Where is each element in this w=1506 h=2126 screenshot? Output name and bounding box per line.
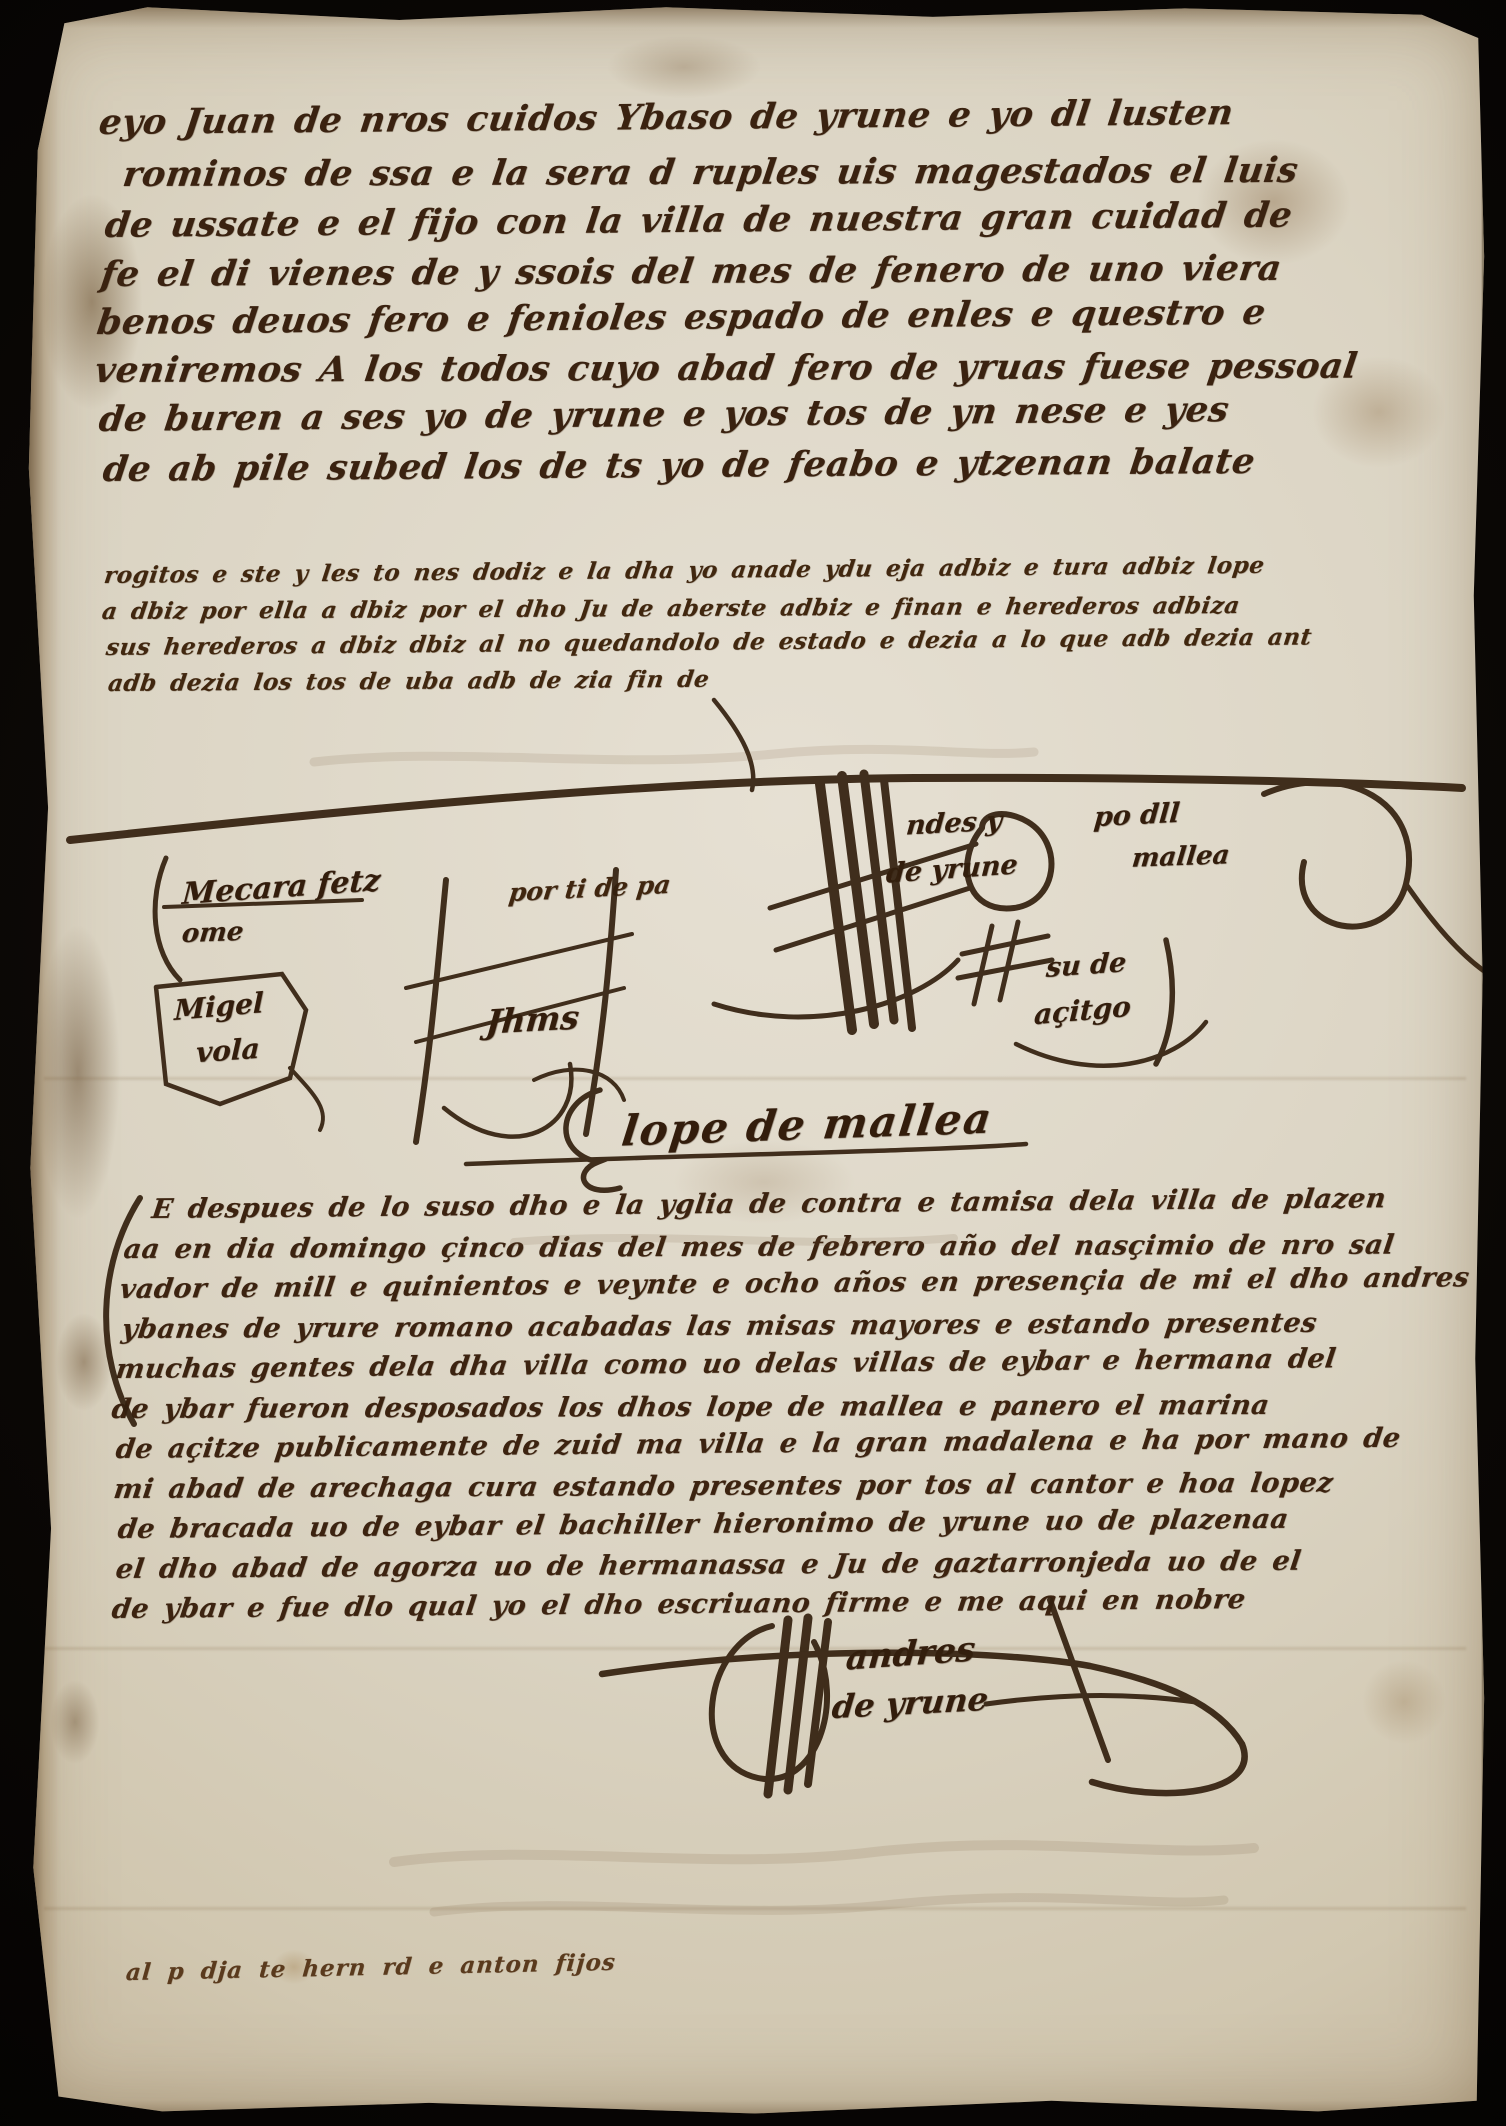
center-signature-lope-de-mallea: lope de mallea	[619, 1093, 996, 1155]
bottom-note: al p dja te hern rd e anton fijos	[125, 1949, 617, 1986]
manuscript-line-small: a dbiz por ella a dbiz por el dho Ju de …	[100, 592, 1241, 625]
signature-left-upper: Mecara fetz	[181, 863, 382, 912]
manuscript-line-lower: ybanes de yrure romano acabadas las misa…	[120, 1308, 1319, 1345]
manuscript-line-small: sus herederos a dbiz dbiz al no quedando…	[104, 623, 1313, 661]
manuscript-line-lower: mi abad de arechaga cura estando present…	[112, 1468, 1335, 1505]
page-top-edge	[14, 2, 1496, 28]
manuscript-line-lower: aa en dia domingo çinco dias del mes de …	[122, 1230, 1396, 1265]
manuscript-line: de ussate e el fijo con la villa de nues…	[103, 195, 1295, 246]
manuscript-line: veniremos A los todos cuyo abad fero de …	[92, 346, 1360, 391]
manuscript-line-lower: de ybar fueron desposados los dhos lope …	[110, 1390, 1272, 1425]
manuscript-line-small: rogitos e ste y les to nes dodiz e la dh…	[102, 552, 1266, 589]
signature-far-right: po dll	[1093, 798, 1181, 834]
signature-annotation: por ti de pa	[507, 870, 672, 908]
signature-right-lower-line2: açitgo	[1033, 990, 1131, 1032]
underlying-page-edge	[1482, 66, 1496, 2080]
bottom-signature-name-line2: de yrune	[830, 1680, 990, 1726]
manuscript-line: de ab pile subed los de ts yo de feabo e…	[101, 441, 1258, 490]
manuscript-page: eyo Juan de nros cuidos Ybaso de yrune e…	[14, 2, 1496, 2122]
manuscript-line-lower: E despues de lo suso dho e la yglia de c…	[150, 1183, 1388, 1225]
manuscript-line-lower: muchas gentes dela dha villa como uo del…	[114, 1343, 1338, 1385]
signature-right-upper-line2: de yrune	[885, 849, 1019, 889]
manuscript-line-lower: de ybar e fue dlo qual yo el dho escriua…	[110, 1584, 1248, 1625]
manuscript-line: benos deuos fero e fenioles espado de en…	[95, 292, 1269, 343]
paper-crease	[44, 1077, 1467, 1080]
manuscript-line-lower: de bracada uo de eybar el bachiller hier…	[116, 1504, 1291, 1545]
paper-crease	[44, 1647, 1467, 1650]
manuscript-line: fe el di vienes de y ssois del mes de fe…	[98, 248, 1284, 295]
torn-left-edge	[14, 2, 60, 2122]
manuscript-line-lower: el dho abad de agorza uo de hermanassa e…	[114, 1546, 1303, 1585]
stain	[1344, 1642, 1464, 1762]
manuscript-line-lower: de açitze publicamente de zuid ma villa …	[114, 1423, 1403, 1465]
manuscript-line: eyo Juan de nros cuidos Ybaso de yrune e…	[97, 92, 1237, 143]
signature-right-lower: su de	[1045, 947, 1127, 984]
manuscript-line: rominos de ssa e la sera d ruples uis ma…	[120, 150, 1300, 195]
signature-left-upper-line2: ome	[180, 917, 245, 949]
bottom-signature-name: andres	[844, 1629, 976, 1678]
manuscript-line: de buren a ses yo de yrune e yos tos de …	[97, 389, 1232, 440]
signature-far-right-line2: mallea	[1130, 840, 1231, 874]
manuscript-line-lower: vador de mill e quinientos e veynte e oc…	[118, 1262, 1471, 1305]
signature-left-lower-line2: vola	[195, 1032, 260, 1070]
signature-right-upper: ndes y	[905, 805, 1004, 841]
page-bottom-edge	[14, 2100, 1496, 2122]
manuscript-line-small: adb dezia los tos de uba adb de zia fin …	[106, 666, 711, 697]
photograph-background: eyo Juan de nros cuidos Ybaso de yrune e…	[0, 0, 1506, 2126]
signature-left-lower: Migel	[174, 986, 264, 1027]
signature-center-monogram: Jhms	[484, 997, 580, 1041]
paper-crease	[44, 1907, 1467, 1910]
